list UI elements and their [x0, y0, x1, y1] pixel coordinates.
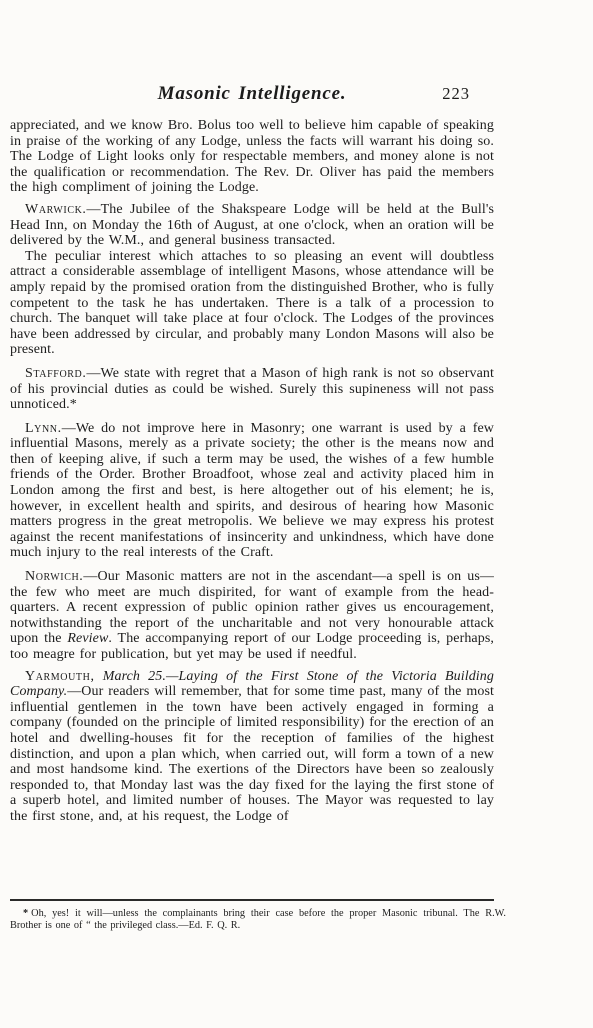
paragraph-norwich: Norwich.—Our Masonic matters are not in …: [10, 569, 494, 663]
paragraph-stafford: Stafford.—We state with regret that a Ma…: [10, 366, 494, 413]
scanned-page: Masonic Intelligence. 223 appreciated, a…: [0, 0, 593, 1028]
section-lead-norwich: Norwich.: [25, 569, 83, 584]
page-title: Masonic Intelligence.: [10, 83, 494, 105]
page-number: 223: [442, 84, 470, 104]
footnote-divider: [10, 899, 494, 901]
section-lead-lynn: Lynn.: [25, 421, 62, 436]
paragraph-continuation: appreciated, and we know Bro. Bolus too …: [10, 118, 494, 196]
footnote-text: Oh, yes! it will—unless the complainants…: [10, 908, 506, 931]
section-lead-stafford: Stafford.: [25, 366, 86, 381]
paragraph-yarmouth: Yarmouth, March 25.—Laying of the First …: [10, 669, 494, 825]
footnote: *Oh, yes! it will—unless the complainant…: [10, 908, 506, 931]
section-lead-warwick: Warwick.: [25, 202, 87, 217]
paragraph-yarmouth-text: —Our readers will remember, that for som…: [10, 684, 494, 824]
paragraph-lynn-text: —We do not improve here in Masonry; one …: [10, 421, 494, 561]
review-italic-word: Review: [67, 631, 108, 646]
paragraph-warwick-2: The peculiar interest which attaches to …: [10, 249, 494, 358]
section-lead-yarmouth: Yarmouth,: [25, 669, 95, 684]
page-header: Masonic Intelligence. 223: [10, 83, 494, 105]
article-body: appreciated, and we know Bro. Bolus too …: [10, 118, 494, 825]
paragraph-lynn: Lynn.—We do not improve here in Masonry;…: [10, 421, 494, 561]
paragraph-warwick: Warwick.—The Jubilee of the Shakspeare L…: [10, 202, 494, 249]
footnote-asterisk-marker: *: [23, 908, 31, 919]
